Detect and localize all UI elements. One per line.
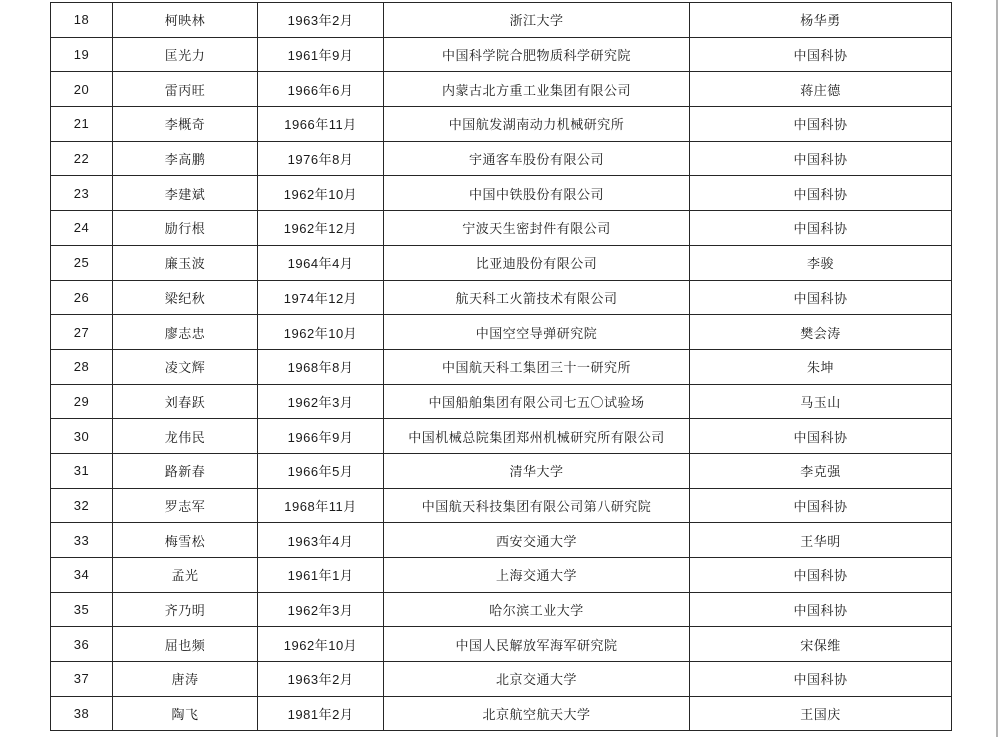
cell-birthdate: 1966年11月 (258, 107, 384, 142)
cell-nominator: 李克强 (690, 453, 952, 488)
cell-birthdate: 1976年8月 (258, 141, 384, 176)
cell-name: 屈也频 (113, 627, 258, 662)
cell-name: 刘春跃 (113, 384, 258, 419)
table-row: 20 雷丙旺 1966年6月 内蒙古北方重工业集团有限公司 蒋庄德 (51, 72, 952, 107)
cell-name: 梅雪松 (113, 523, 258, 558)
cell-number: 32 (51, 488, 113, 523)
cell-organization: 北京交通大学 (384, 662, 690, 697)
cell-birthdate: 1966年5月 (258, 453, 384, 488)
table-row: 27 廖志忠 1962年10月 中国空空导弹研究院 樊会涛 (51, 315, 952, 350)
cell-nominator: 王国庆 (690, 696, 952, 731)
cell-nominator: 马玉山 (690, 384, 952, 419)
cell-name: 柯映林 (113, 3, 258, 38)
cell-nominator: 中国科协 (690, 488, 952, 523)
table-row: 25 廉玉波 1964年4月 比亚迪股份有限公司 李骏 (51, 245, 952, 280)
cell-number: 38 (51, 696, 113, 731)
cell-name: 梁纪秋 (113, 280, 258, 315)
table-row: 29 刘春跃 1962年3月 中国船舶集团有限公司七五〇试验场 马玉山 (51, 384, 952, 419)
cell-nominator: 中国科协 (690, 176, 952, 211)
cell-number: 21 (51, 107, 113, 142)
cell-birthdate: 1963年2月 (258, 662, 384, 697)
table-row: 24 励行根 1962年12月 宁波天生密封件有限公司 中国科协 (51, 211, 952, 246)
cell-organization: 中国航发湖南动力机械研究所 (384, 107, 690, 142)
cell-birthdate: 1964年4月 (258, 245, 384, 280)
cell-birthdate: 1962年3月 (258, 384, 384, 419)
table-row: 31 路新春 1966年5月 清华大学 李克强 (51, 453, 952, 488)
cell-nominator: 杨华勇 (690, 3, 952, 38)
cell-nominator: 蒋庄德 (690, 72, 952, 107)
page-edge-divider (996, 0, 998, 737)
candidate-table: 18 柯映林 1963年2月 浙江大学 杨华勇 19 匡光力 1961年9月 中… (50, 2, 952, 731)
cell-number: 31 (51, 453, 113, 488)
cell-organization: 航天科工火箭技术有限公司 (384, 280, 690, 315)
cell-name: 励行根 (113, 211, 258, 246)
cell-number: 23 (51, 176, 113, 211)
cell-name: 齐乃明 (113, 592, 258, 627)
cell-number: 35 (51, 592, 113, 627)
table-row: 22 李高鹏 1976年8月 宇通客车股份有限公司 中国科协 (51, 141, 952, 176)
cell-birthdate: 1961年1月 (258, 558, 384, 593)
table-row: 18 柯映林 1963年2月 浙江大学 杨华勇 (51, 3, 952, 38)
cell-birthdate: 1968年8月 (258, 349, 384, 384)
cell-birthdate: 1962年12月 (258, 211, 384, 246)
cell-birthdate: 1963年4月 (258, 523, 384, 558)
cell-birthdate: 1962年10月 (258, 627, 384, 662)
table-row: 37 唐涛 1963年2月 北京交通大学 中国科协 (51, 662, 952, 697)
cell-birthdate: 1968年11月 (258, 488, 384, 523)
cell-name: 李高鹏 (113, 141, 258, 176)
table-row: 38 陶飞 1981年2月 北京航空航天大学 王国庆 (51, 696, 952, 731)
table-row: 35 齐乃明 1962年3月 哈尔滨工业大学 中国科协 (51, 592, 952, 627)
cell-organization: 哈尔滨工业大学 (384, 592, 690, 627)
table-row: 26 梁纪秋 1974年12月 航天科工火箭技术有限公司 中国科协 (51, 280, 952, 315)
document-page: 18 柯映林 1963年2月 浙江大学 杨华勇 19 匡光力 1961年9月 中… (0, 0, 1000, 737)
cell-nominator: 中国科协 (690, 592, 952, 627)
cell-number: 28 (51, 349, 113, 384)
cell-name: 李建斌 (113, 176, 258, 211)
cell-name: 路新春 (113, 453, 258, 488)
cell-nominator: 中国科协 (690, 280, 952, 315)
cell-number: 36 (51, 627, 113, 662)
cell-name: 龙伟民 (113, 419, 258, 454)
cell-name: 陶飞 (113, 696, 258, 731)
cell-name: 廉玉波 (113, 245, 258, 280)
cell-organization: 中国科学院合肥物质科学研究院 (384, 37, 690, 72)
cell-number: 29 (51, 384, 113, 419)
cell-number: 34 (51, 558, 113, 593)
table-row: 28 凌文辉 1968年8月 中国航天科工集团三十一研究所 朱坤 (51, 349, 952, 384)
cell-organization: 中国人民解放军海军研究院 (384, 627, 690, 662)
cell-organization: 中国航天科工集团三十一研究所 (384, 349, 690, 384)
table-row: 33 梅雪松 1963年4月 西安交通大学 王华明 (51, 523, 952, 558)
cell-organization: 中国船舶集团有限公司七五〇试验场 (384, 384, 690, 419)
cell-name: 廖志忠 (113, 315, 258, 350)
cell-organization: 内蒙古北方重工业集团有限公司 (384, 72, 690, 107)
cell-number: 20 (51, 72, 113, 107)
cell-name: 凌文辉 (113, 349, 258, 384)
cell-birthdate: 1974年12月 (258, 280, 384, 315)
cell-birthdate: 1966年9月 (258, 419, 384, 454)
cell-nominator: 中国科协 (690, 107, 952, 142)
cell-organization: 清华大学 (384, 453, 690, 488)
cell-birthdate: 1963年2月 (258, 3, 384, 38)
cell-number: 19 (51, 37, 113, 72)
cell-organization: 浙江大学 (384, 3, 690, 38)
cell-birthdate: 1962年10月 (258, 176, 384, 211)
cell-organization: 北京航空航天大学 (384, 696, 690, 731)
cell-nominator: 王华明 (690, 523, 952, 558)
cell-nominator: 朱坤 (690, 349, 952, 384)
cell-birthdate: 1961年9月 (258, 37, 384, 72)
cell-organization: 中国航天科技集团有限公司第八研究院 (384, 488, 690, 523)
table-row: 34 孟光 1961年1月 上海交通大学 中国科协 (51, 558, 952, 593)
cell-number: 30 (51, 419, 113, 454)
cell-organization: 中国中铁股份有限公司 (384, 176, 690, 211)
cell-organization: 宇通客车股份有限公司 (384, 141, 690, 176)
cell-birthdate: 1981年2月 (258, 696, 384, 731)
cell-number: 26 (51, 280, 113, 315)
cell-birthdate: 1962年3月 (258, 592, 384, 627)
cell-nominator: 中国科协 (690, 662, 952, 697)
table-row: 30 龙伟民 1966年9月 中国机械总院集团郑州机械研究所有限公司 中国科协 (51, 419, 952, 454)
cell-nominator: 中国科协 (690, 141, 952, 176)
cell-number: 22 (51, 141, 113, 176)
cell-name: 匡光力 (113, 37, 258, 72)
cell-name: 李概奇 (113, 107, 258, 142)
cell-organization: 比亚迪股份有限公司 (384, 245, 690, 280)
cell-nominator: 樊会涛 (690, 315, 952, 350)
cell-name: 唐涛 (113, 662, 258, 697)
table-row: 19 匡光力 1961年9月 中国科学院合肥物质科学研究院 中国科协 (51, 37, 952, 72)
cell-organization: 宁波天生密封件有限公司 (384, 211, 690, 246)
table-row: 32 罗志军 1968年11月 中国航天科技集团有限公司第八研究院 中国科协 (51, 488, 952, 523)
cell-organization: 中国空空导弹研究院 (384, 315, 690, 350)
cell-nominator: 中国科协 (690, 37, 952, 72)
table-row: 23 李建斌 1962年10月 中国中铁股份有限公司 中国科协 (51, 176, 952, 211)
cell-nominator: 宋保维 (690, 627, 952, 662)
cell-nominator: 中国科协 (690, 558, 952, 593)
cell-organization: 中国机械总院集团郑州机械研究所有限公司 (384, 419, 690, 454)
table-row: 21 李概奇 1966年11月 中国航发湖南动力机械研究所 中国科协 (51, 107, 952, 142)
cell-name: 罗志军 (113, 488, 258, 523)
cell-number: 37 (51, 662, 113, 697)
cell-number: 24 (51, 211, 113, 246)
cell-organization: 上海交通大学 (384, 558, 690, 593)
cell-organization: 西安交通大学 (384, 523, 690, 558)
cell-number: 25 (51, 245, 113, 280)
cell-nominator: 李骏 (690, 245, 952, 280)
cell-nominator: 中国科协 (690, 211, 952, 246)
cell-number: 33 (51, 523, 113, 558)
cell-birthdate: 1962年10月 (258, 315, 384, 350)
table-row: 36 屈也频 1962年10月 中国人民解放军海军研究院 宋保维 (51, 627, 952, 662)
cell-number: 27 (51, 315, 113, 350)
cell-name: 雷丙旺 (113, 72, 258, 107)
cell-name: 孟光 (113, 558, 258, 593)
cell-nominator: 中国科协 (690, 419, 952, 454)
cell-birthdate: 1966年6月 (258, 72, 384, 107)
cell-number: 18 (51, 3, 113, 38)
